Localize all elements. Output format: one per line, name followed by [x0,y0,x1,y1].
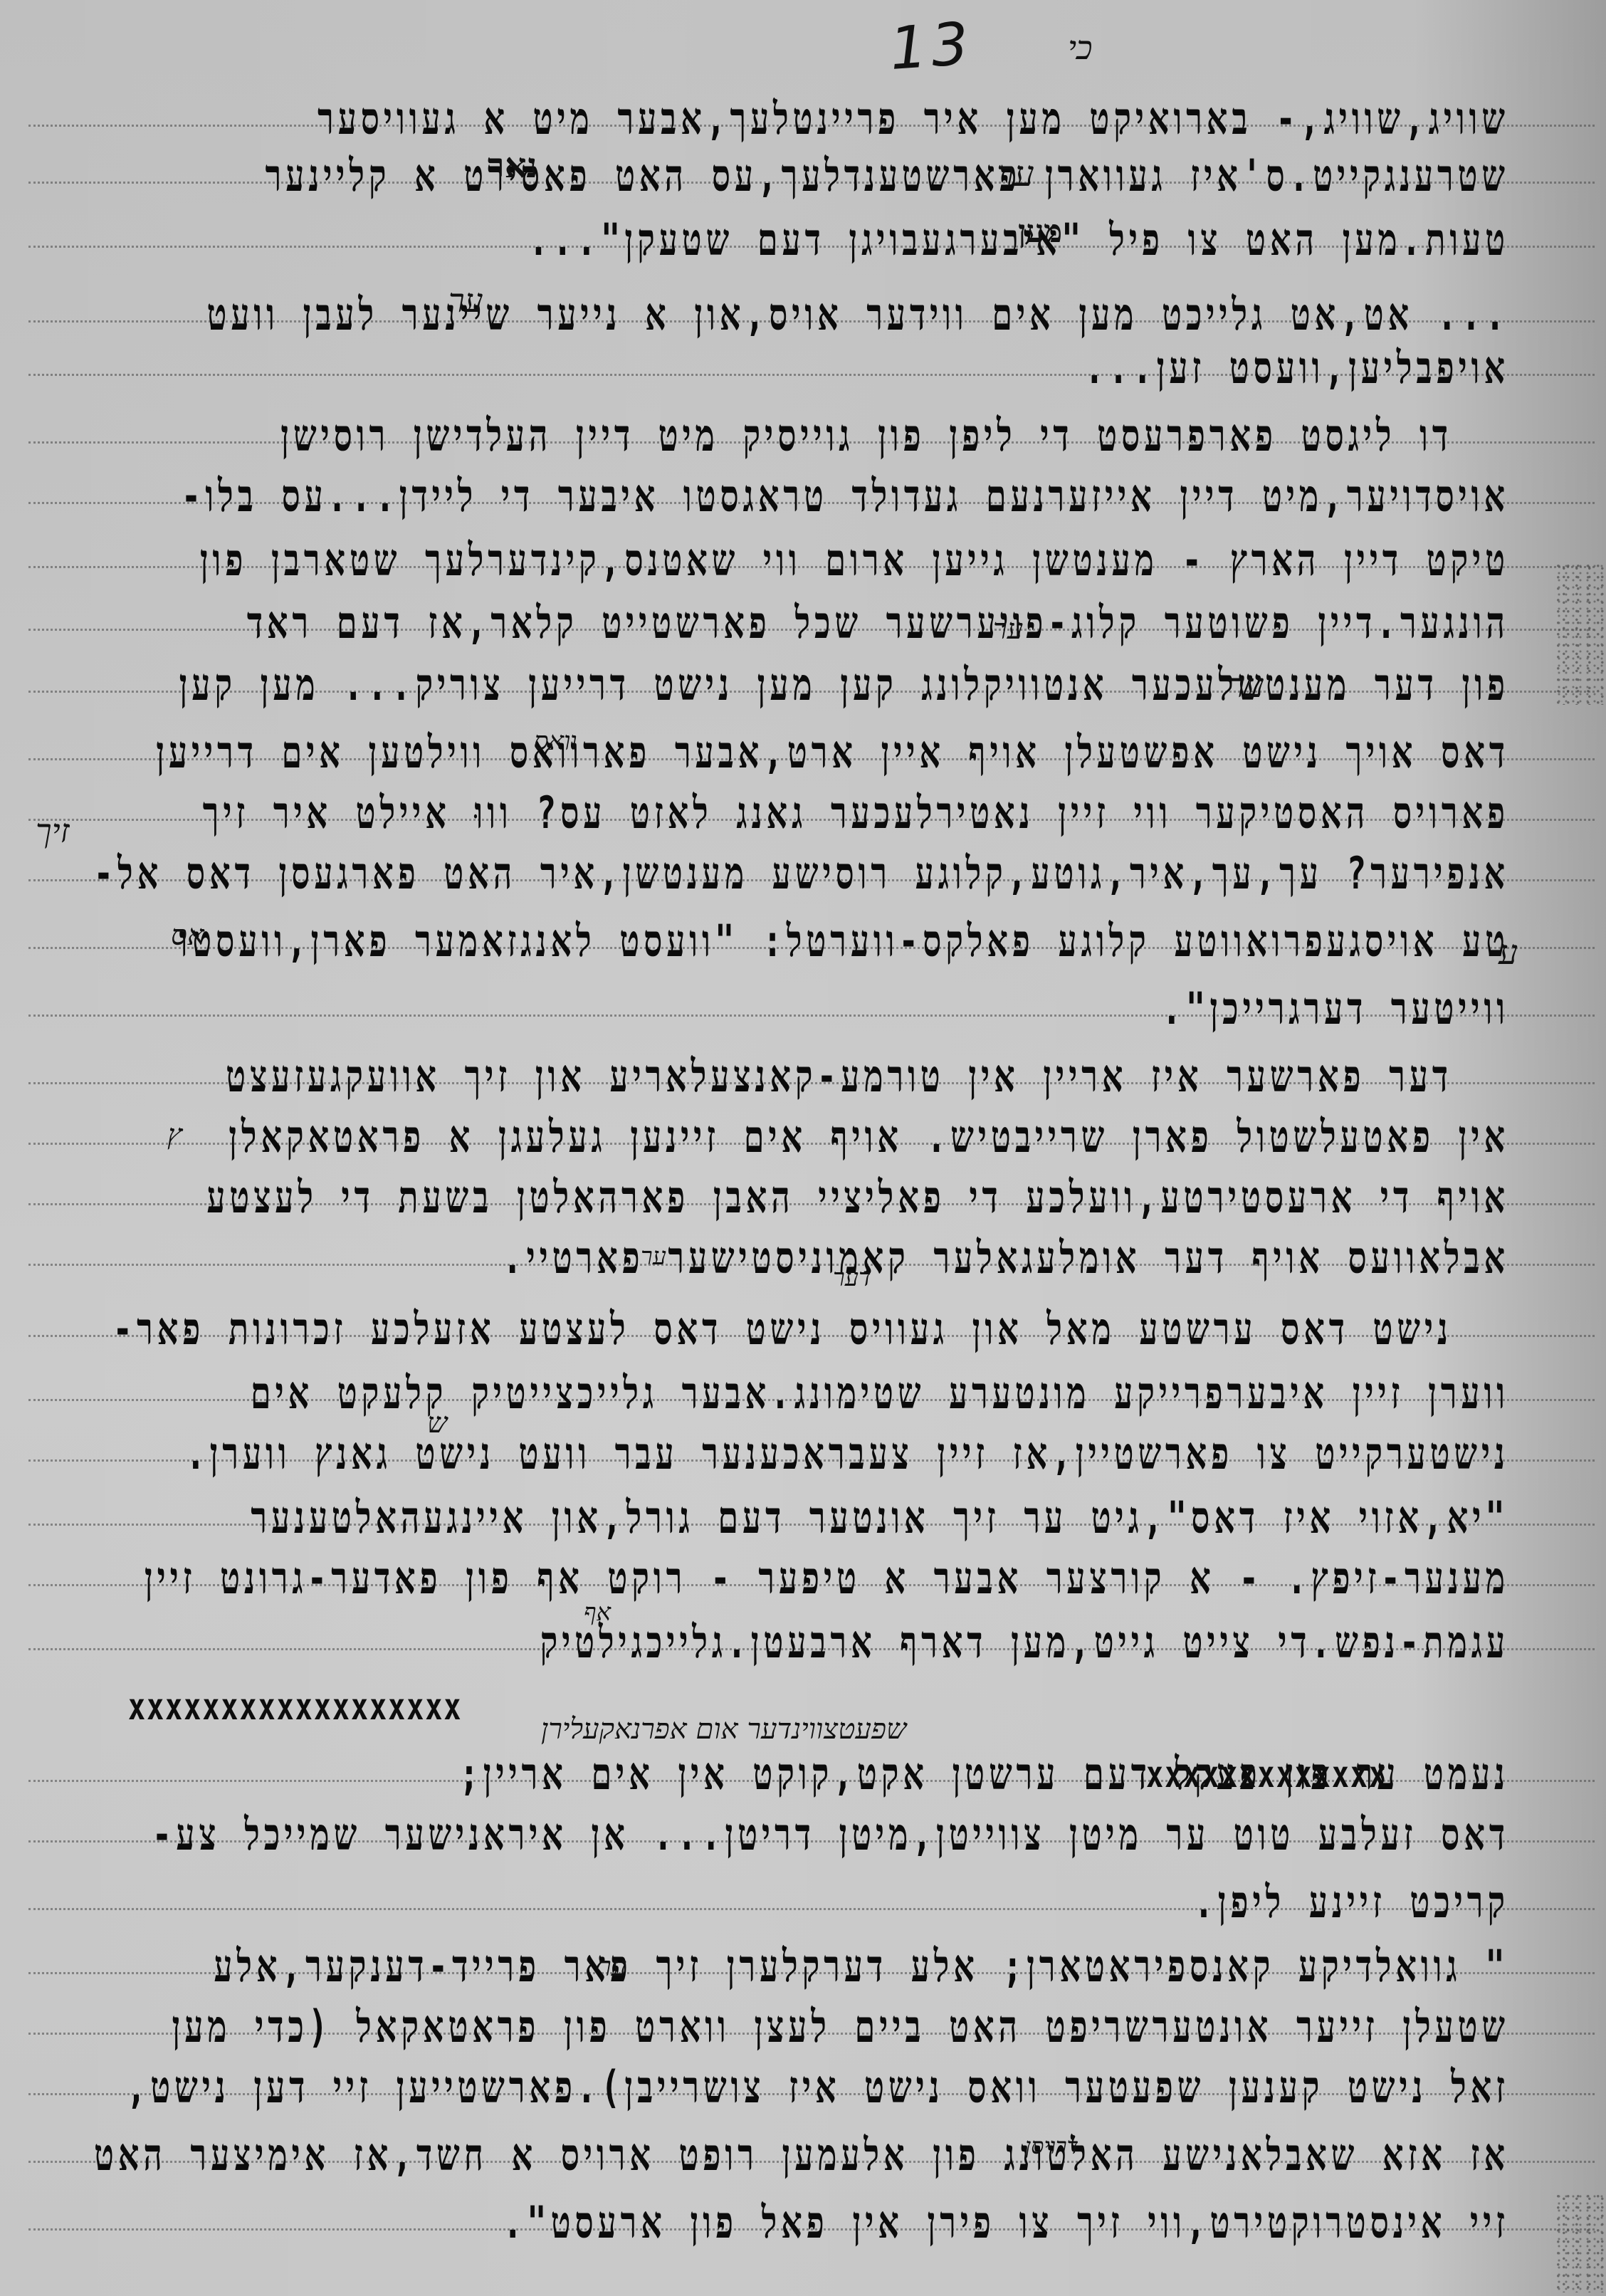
typewritten-line-text: זיי אינסטרוקטירט,ווי זיך צו פירן אין פאל… [503,2196,1509,2248]
typewritten-line-text: " גוואלדיקע קאנספיראטארן; אלע דערקלערן ז… [214,1940,1509,1992]
text-line: מענער-זיפץ. - א קורצער אבער א טיפער - רו… [28,1545,1595,1602]
typewritten-line-text: פון דער מענטשלעכער אנטוויקלונג קען מען נ… [179,659,1509,711]
typewritten-line-text: דאס זעלבע טוט ער מיטן צווייטן,מיטן דריטן… [152,1808,1509,1860]
typewritten-line-text: ... אט,אט גלייכט מען אים ווידער אויס,און… [207,288,1509,340]
text-line: אבלאוועס אויף דער אומלעגאלער קאמוניסטישע… [28,1225,1595,1281]
text-line: " גוואלדיקע קאנספיראטארן; אלע דערקלערן ז… [28,1933,1595,1990]
handwritten-annotation: אף [584,1598,611,1627]
typewritten-line-text: נישט דאס ערשטע מאל און געוויס נישט דאס ל… [112,1303,1452,1355]
handwritten-annotation: ע [1499,933,1518,973]
text-line: אויסדויער,מיט דיין אייזערנעם געדולד טראג… [28,463,1595,520]
text-line: טע אויסגעפרואווטע קלוגע פאלקס-ווערטל: "ו… [28,908,1595,965]
handwritten-annotation: ש [427,1406,447,1440]
handwritten-annotation: שפעטצווינדער אום אפרנאקעלירן [541,1712,906,1746]
text-line: ווייטער דערגרייכן". [28,975,1595,1032]
handwritten-annotation: ץ [167,1118,182,1151]
handwritten-annotation: כי [1068,28,1093,67]
handwritten-annotation: ער [993,612,1023,646]
handwritten-annotation: ער [598,1951,626,1983]
typewritten-line-text: אויסדויער,מיט דיין אייזערנעם געדולד טראג… [182,470,1509,522]
text-line: אויף די ארעסטירטע,וועלכע די פאליציי האבן… [28,1164,1595,1221]
struck-out-text: xxxxxxxxxxxxxxxxxx [128,1686,462,1729]
text-line: דאס זעלבע טוט ער מיטן צווייטן,מיטן דריטן… [28,1801,1595,1858]
typewritten-line-text: דו ליגסט פארפרעסט די ליפן פון גוייסיק מי… [280,409,1452,461]
text-line: טיקט דיין הארץ - מענטשן גייען ארום ווי ש… [28,527,1595,584]
text-line: שטעלן זייער אונטערשריפט האט ביים לעצן וו… [28,1993,1595,2050]
text-line: קריכט זיינע ליפן. [28,1869,1595,1926]
typewritten-line-text: אויפבליען,וועסט זען... [1085,342,1509,394]
typewritten-line-text: מענער-זיפץ. - א קורצער אבער א טיפער - רו… [145,1552,1509,1604]
typewritten-line-text: שטעלן זייער אונטערשריפט האט ביים לעצן וו… [172,2001,1509,2053]
typewritten-line-text: עגמת-נפש.די צייט גייט,מען דארף ארבעטן.גל… [540,1616,1509,1668]
typewritten-line-text: הונגער.דיין פשוטער קלוג-פויערשער שכל פאר… [247,597,1509,649]
struck-out-text: xxxxxxxxxxxxx [1146,1754,1387,1796]
handwritten-annotation: זיך [36,812,69,850]
handwritten-annotation: מען [1018,214,1062,250]
handwritten-annotation: דער [833,1264,871,1292]
text-line: הונגער.דיין פשוטער קלוג-פויערשער שכל פאר… [28,589,1595,646]
typewritten-line-text: שטרענגקייט.ס'איז געווארן פארשטענדלעך,עס … [266,150,1509,201]
handwritten-annotation: נאר [488,146,537,186]
handwritten-annotation: ער [448,281,483,320]
text-line: זאל נישט קענען שפעטער וואס נישט איז צושר… [28,2054,1595,2111]
text-line: דאס אויך נישט אפשטעלן אויף איין ארט,אבער… [28,719,1595,776]
handwritten-annotation: אס [171,918,204,952]
typewritten-line-text: אנפירער? עך,עך,איר,גוטע,קלוגע רוסישע מענ… [93,847,1509,899]
page-number: 13 [888,10,975,83]
typewritten-line-text: טיקט דיין הארץ - מענטשן גייען ארום ווי ש… [200,534,1509,586]
text-line: דער פארשער איז אריין אין טורמע-קאנצעלארי… [28,1043,1595,1100]
handwritten-annotation: וואס [534,726,577,756]
typewritten-line-text: אויף די ארעסטירטע,וועלכע די פאליציי האבן… [206,1171,1509,1223]
text-line: זיי אינסטרוקטירט,ווי זיך צו פירן אין פאל… [28,2189,1595,2246]
typewritten-line-text: קריכט זיינע ליפן. [1194,1876,1509,1928]
typewritten-line-text: דאס אויך נישט אפשטעלן אויף איין ארט,אבער… [156,726,1509,778]
typewritten-line-text: פארויס האסטיקער ווי זיין נאטירלעכער גאנג… [203,787,1509,839]
typewritten-line-text: ווייטער דערגרייכן". [1162,982,1509,1034]
typewritten-line-text: אז אזא שאבלאנישע האלטונג פון אלעמען רופט… [94,2129,1509,2181]
typewritten-line-text: שוויג,שוויג,- בארואיקט מען איר פריינטלעך… [317,93,1509,145]
typewritten-line-text: זאל נישט קענען שפעטער וואס נישט איז צושר… [127,2061,1509,2113]
text-line: דו ליגסט פארפרעסט די ליפן פון גוייסיק מי… [28,402,1595,459]
document-page: 13 שוויג,שוויג,- בארואיקט מען איר פריינט… [0,0,1606,2296]
handwritten-annotation: ער [641,1242,666,1271]
handwritten-annotation: ער [1228,666,1264,706]
text-line: טעות.מען האט צו פיל "איבערגעבויגן דעם שט… [28,206,1595,263]
text-line: ווערן זיין איבערפרייקע מונטערע שטימונג.א… [28,1360,1595,1417]
text-line: ... אט,אט גלייכט מען אים ווידער אויס,און… [28,281,1595,338]
typewritten-line-text: נישטערקייט צו פארשטיין,אז זיין צעבראכענע… [186,1427,1509,1479]
text-line: נישטערקייט צו פארשטיין,אז זיין צעבראכענע… [28,1420,1595,1477]
handwritten-annotation: ער [997,153,1034,194]
text-line: אז אזא שאבלאנישע האלטונג פון אלעמען רופט… [28,2122,1595,2179]
page-edge-speckle [1556,2193,1606,2292]
typewritten-line-text: "יא,אזוי איז דאס",גיט ער זיך אונטער דעם … [251,1492,1509,1543]
text-line: נישט דאס ערשטע מאל און געוויס נישט דאס ל… [28,1296,1595,1353]
text-line: עגמת-נפש.די צייט גייט,מען דארף ארבעטן.גל… [28,1609,1595,1666]
text-line: "יא,אזוי איז דאס",גיט ער זיך אונטער דעם … [28,1484,1595,1541]
typewritten-line-text: דער פארשער איז אריין אין טורמע-קאנצעלארי… [226,1050,1452,1102]
handwritten-annotation: דרויסן [1025,2132,1078,2159]
typewritten-line-text: טע אויסגעפרואווטע קלוגע פאלקס-ווערטל: "ו… [179,915,1509,967]
text-line: פארויס האסטיקער ווי זיין נאטירלעכער גאנג… [28,780,1595,837]
text-line: פון דער מענטשלעכער אנטוויקלונג קען מען נ… [28,651,1595,708]
text-line: שוויג,שוויג,- בארואיקט מען איר פריינטלעך… [28,85,1595,142]
text-line: אנפירער? עך,עך,איר,גוטע,קלוגע רוסישע מענ… [28,840,1595,897]
text-line: אויפבליען,וועסט זען... [28,335,1595,392]
typewritten-line-text: אין פאטעלשטול פארן שרייבטיש. אויף אים זי… [229,1111,1509,1163]
page-edge-speckle [1556,562,1606,705]
text-line: שטרענגקייט.ס'איז געווארן פארשטענדלעך,עס … [28,142,1595,199]
text-line: אין פאטעלשטול פארן שרייבטיש. אויף אים זי… [28,1104,1595,1160]
